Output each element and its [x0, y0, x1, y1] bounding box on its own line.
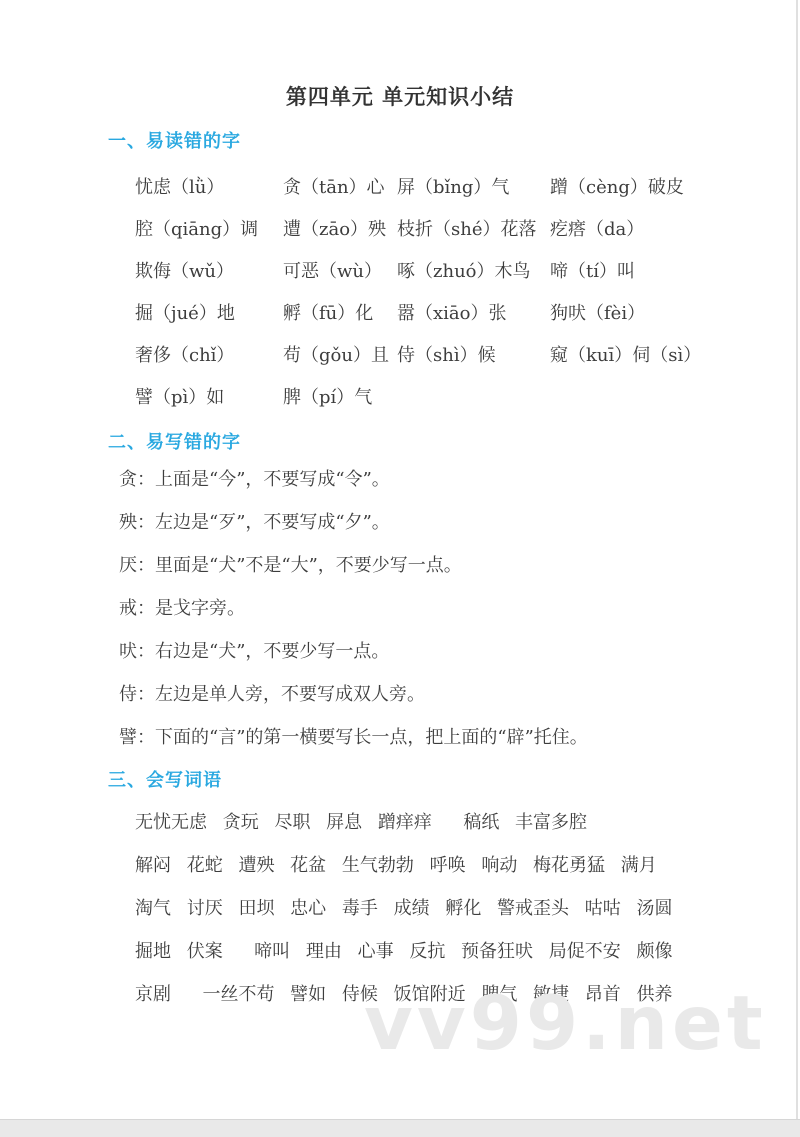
pinyin-row: 奢侈（chǐ） 苟（gǒu）且 侍（shì）候 窥（kuī）伺（sì） [135, 341, 770, 367]
pinyin-item: 侍（shì）候 [397, 341, 550, 367]
pinyin-item: 腔（qiāng）调 [135, 215, 283, 241]
pinyin-item: 掘（jué）地 [135, 299, 283, 325]
vocab-line: 淘气 讨厌 田坝 忠心 毒手 成绩 孵化 警戒歪头 咕咕 汤圆 [135, 894, 673, 920]
pinyin-row: 忧虑（lǜ） 贪（tān）心 屏（bǐng）气 蹭（cèng）破皮 [135, 173, 770, 199]
pinyin-item: 贪（tān）心 [283, 173, 397, 199]
document-page: 第四单元 单元知识小结 一、易读错的字 忧虑（lǜ） 贪（tān）心 屏（bǐn… [0, 0, 800, 1137]
pinyin-item: 忧虑（lǜ） [135, 173, 283, 199]
pinyin-item: 譬（pì）如 [135, 383, 283, 409]
pinyin-item: 欺侮（wǔ） [135, 257, 283, 283]
vocab-line: 解闷 花蛇 遭殃 花盆 生气勃勃 呼唤 响动 梅花勇猛 满月 [135, 851, 657, 877]
pinyin-row: 欺侮（wǔ） 可恶（wù） 啄（zhuó）木鸟 啼（tí）叫 [135, 257, 770, 283]
vocab-line: 无忧无虑 贪玩 尽职 屏息 蹭痒痒 稿纸 丰富多腔 [135, 808, 587, 834]
section-heading-words-to-write: 三、会写词语 [108, 766, 222, 792]
pinyin-item: 可恶（wù） [283, 257, 397, 283]
watermark-text: vv99.net [364, 986, 767, 1061]
pinyin-item: 孵（fū）化 [283, 299, 397, 325]
stroke-note-line: 侍：左边是单人旁，不要写成双人旁。 [119, 680, 425, 706]
pinyin-item: 啼（tí）叫 [550, 257, 635, 283]
pinyin-item: 苟（gǒu）且 [283, 341, 397, 367]
stroke-note-line: 戒：是戈字旁。 [119, 594, 245, 620]
stroke-note-line: 吠：右边是“犬”，不要少写一点。 [119, 637, 389, 663]
pinyin-item: 啄（zhuó）木鸟 [397, 257, 550, 283]
pinyin-item: 疙瘩（da） [550, 215, 644, 241]
pinyin-item: 枝折（shé）花落 [397, 215, 550, 241]
pinyin-item: 屏（bǐng）气 [397, 173, 550, 199]
section-heading-miswritten-characters: 二、易写错的字 [108, 428, 241, 454]
page-edge-shadow-bottom [0, 1119, 800, 1137]
pinyin-row: 譬（pì）如 脾（pí）气 [135, 383, 770, 409]
pinyin-item: 蹭（cèng）破皮 [550, 173, 684, 199]
section-heading-misread-characters: 一、易读错的字 [108, 127, 241, 153]
stroke-note-line: 贪：上面是“今”，不要写成“令”。 [119, 465, 390, 491]
stroke-note-line: 殃：左边是“歹”，不要写成“夕”。 [119, 508, 390, 534]
pinyin-item: 狗吠（fèi） [550, 299, 645, 325]
pinyin-item: 窥（kuī）伺（sì） [550, 341, 701, 367]
stroke-note-line: 譬：下面的“言”的第一横要写长一点，把上面的“辟”托住。 [119, 723, 588, 749]
page-edge-shadow-right [796, 0, 798, 1119]
stroke-note-line: 厌：里面是“犬”不是“大”，不要少写一点。 [119, 551, 462, 577]
document-title: 第四单元 单元知识小结 [0, 81, 800, 111]
pinyin-item: 嚣（xiāo）张 [397, 299, 550, 325]
pinyin-item: 奢侈（chǐ） [135, 341, 283, 367]
pinyin-row: 腔（qiāng）调 遭（zāo）殃 枝折（shé）花落 疙瘩（da） [135, 215, 770, 241]
pinyin-item: 脾（pí）气 [283, 383, 397, 409]
vocab-line: 掘地 伏案 啼叫 理由 心事 反抗 预备狂吠 局促不安 颇像 [135, 937, 673, 963]
pinyin-item: 遭（zāo）殃 [283, 215, 397, 241]
pinyin-row: 掘（jué）地 孵（fū）化 嚣（xiāo）张 狗吠（fèi） [135, 299, 770, 325]
